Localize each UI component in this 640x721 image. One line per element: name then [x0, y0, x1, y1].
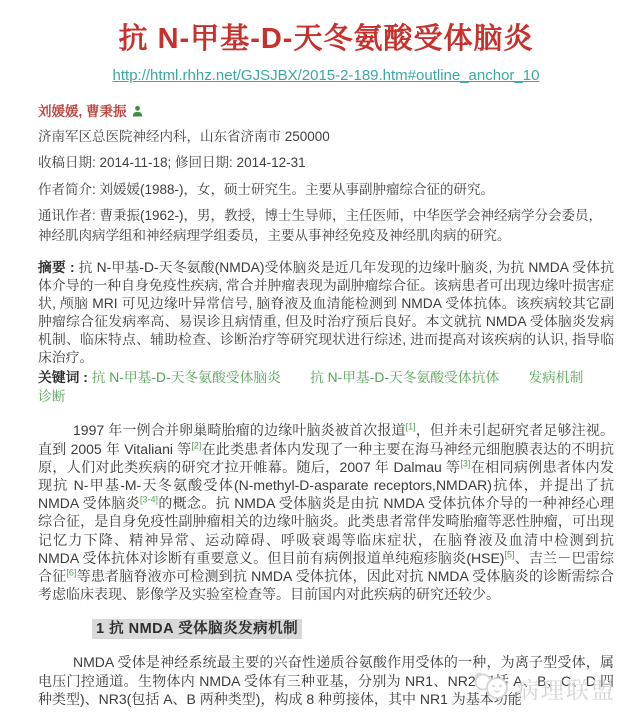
paragraph-text: 等患者脑脊液亦可检测到抗 NMDA 受体抗体，因此对抗 NMDA 受体脑炎的诊断… [38, 568, 614, 602]
keywords-label: 关键词 : [38, 370, 92, 385]
article-meta: 刘媛媛, 曹秉振 济南军区总医院神经内科，山东省济南市 250000 收稿日期:… [38, 102, 614, 247]
authors-line: 刘媛媛, 曹秉振 [38, 102, 614, 123]
abstract-text: 抗 N-甲基-D-天冬氨酸(NMDA)受体脑炎是近几年发现的边缘叶脑炎, 为抗 … [38, 260, 614, 365]
affiliation: 济南军区总医院神经内科，山东省济南市 250000 [38, 127, 614, 147]
section-1-heading: 1 抗 NMDA 受体脑炎发病机制 [92, 619, 302, 639]
article-page: 抗 N-甲基-D-天冬氨酸受体脑炎 http://html.rhhz.net/G… [0, 0, 640, 721]
reference-link[interactable]: [2] [191, 440, 201, 450]
reference-link[interactable]: [5] [504, 549, 514, 559]
keywords: 关键词 : 抗 N-甲基-D-天冬氨酸受体脑炎抗 N-甲基-D-天冬氨酸受体抗体… [38, 368, 614, 406]
keyword-list: 抗 N-甲基-D-天冬氨酸受体脑炎抗 N-甲基-D-天冬氨酸受体抗体发病机制诊断 [38, 370, 612, 404]
face-logo-icon [472, 671, 512, 705]
dates-line: 收稿日期: 2014-11-18; 修回日期: 2014-12-31 [38, 153, 614, 173]
reference-link[interactable]: [3-4] [140, 494, 158, 504]
paragraph-text: 1997 年一例合并卵巢畸胎瘤的边缘叶脑炎被首次报道 [73, 422, 406, 438]
abstract-label: 摘要 : [38, 260, 79, 275]
keyword-link[interactable]: 诊断 [38, 389, 66, 404]
watermark: 病理联盟 [472, 671, 616, 705]
author-bio: 作者简介: 刘媛媛(1988-)，女，硕士研究生。主要从事副肿瘤综合征的研究。 [38, 180, 614, 200]
keyword-link[interactable]: 抗 N-甲基-D-天冬氨酸受体脑炎 [92, 370, 281, 385]
article-url-link[interactable]: http://html.rhhz.net/GJSJBX/2015-2-189.h… [113, 67, 540, 84]
reference-link[interactable]: [3] [460, 458, 470, 468]
person-icon[interactable] [132, 103, 143, 123]
keyword-link[interactable]: 发病机制 [528, 370, 583, 385]
paragraph-1: 1997 年一例合并卵巢畸胎瘤的边缘叶脑炎被首次报道[1]，但并未引起研究者足够… [38, 421, 614, 603]
article-url-line: http://html.rhhz.net/GJSJBX/2015-2-189.h… [38, 67, 614, 85]
reference-link[interactable]: [6] [66, 567, 76, 577]
keyword-link[interactable]: 抗 N-甲基-D-天冬氨酸受体抗体 [310, 370, 499, 385]
abstract: 摘要 : 抗 N-甲基-D-天冬氨酸(NMDA)受体脑炎是近几年发现的边缘叶脑炎… [38, 259, 614, 367]
author-names[interactable]: 刘媛媛, 曹秉振 [38, 104, 127, 119]
reference-link[interactable]: [1] [406, 422, 416, 432]
watermark-text: 病理联盟 [516, 672, 616, 705]
corresponding-author: 通讯作者: 曹秉振(1962-)，男，教授，博士生导师，主任医师，中华医学会神经… [38, 206, 614, 247]
article-title: 抗 N-甲基-D-天冬氨酸受体脑炎 [38, 22, 614, 57]
section-heading-row: 1 抗 NMDA 受体脑炎发病机制 [92, 617, 614, 638]
